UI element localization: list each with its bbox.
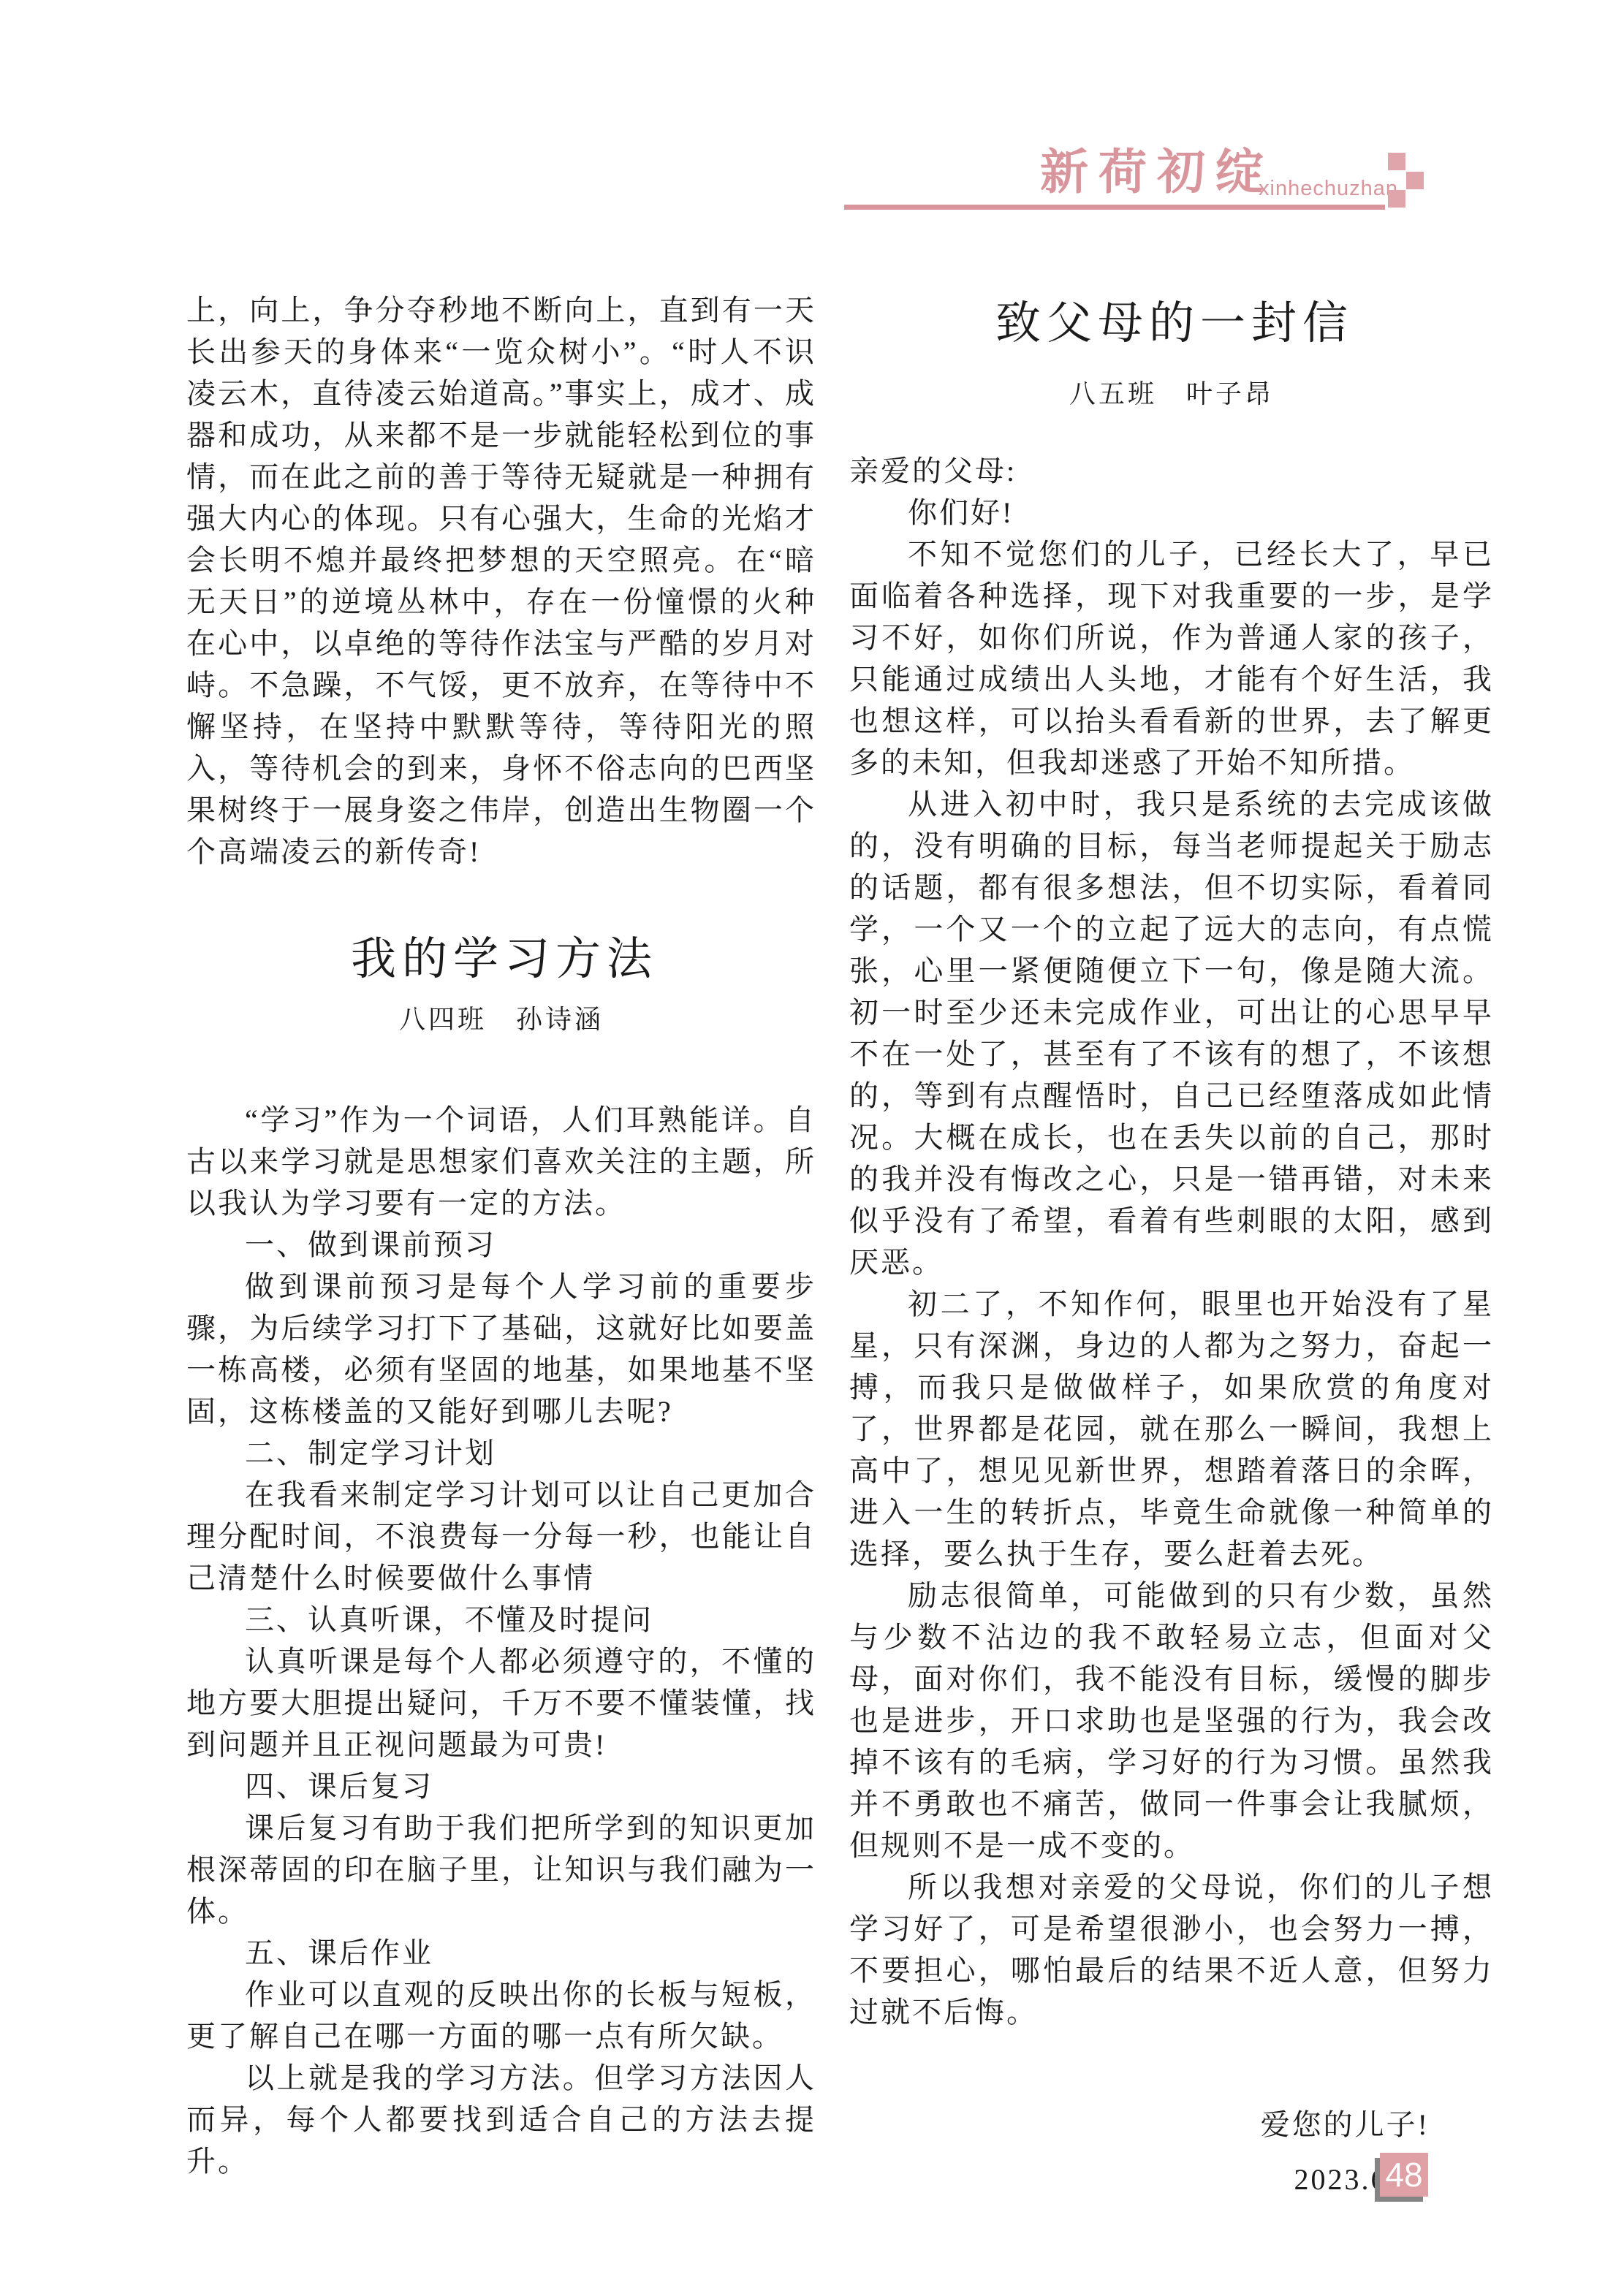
paragraph: 课后复习有助于我们把所学到的知识更加根深蒂固的印在脑子里，让知识与我们融为一体。: [186, 1807, 816, 1932]
letter-signoff: 爱您的儿子!: [849, 2097, 1430, 2152]
page-number-badge: 48: [1380, 2153, 1428, 2197]
article-author: 八四班 孙诗涵: [186, 1001, 816, 1038]
checker-decoration-icon: [1388, 153, 1424, 208]
paragraph: 从进入初中时，我只是系统的去完成该做的，没有明确的目标，每当老师提起关于励志的话…: [849, 783, 1494, 1283]
section-heading: 一、做到课前预习: [186, 1224, 816, 1266]
paragraph: 以上就是我的学习方法。但学习方法因人而异，每个人都要找到适合自己的方法去提升。: [186, 2057, 816, 2182]
paragraph: 认真听课是每个人都必须遵守的，不懂的地方要大胆提出疑问，千万不要不懂装懂，找到问…: [186, 1641, 816, 1765]
continuation-paragraph: 上，向上，争分夺秒地不断向上，直到有一天长出参天的身体来“一览众树小”。“时人不…: [186, 289, 816, 873]
paragraph: 做到课前预习是每个人学习前的重要步骤，为后续学习打下了基础，这就好比如要盖一栋高…: [186, 1266, 816, 1432]
header-rule: [844, 205, 1385, 210]
checker-square: [1388, 190, 1405, 208]
paragraph: 所以我想对亲爱的父母说，你们的儿子想学习好了，可是希望很渺小，也会努力一搏，不要…: [849, 1866, 1494, 2033]
article-title-letter-to-parents: 致父母的一封信: [849, 292, 1494, 355]
paragraph: 初二了，不知作何，眼里也开始没有了星星，只有深渊，身边的人都为之努力，奋起一搏，…: [849, 1283, 1494, 1575]
paragraph: 作业可以直观的反映出你的长板与短板，更了解自己在哪一方面的哪一点有所欠缺。: [186, 1974, 816, 2057]
article-author: 八五班 叶子昂: [849, 376, 1494, 412]
letter-date: 2023.6.11: [849, 2152, 1430, 2207]
left-column: 上，向上，争分夺秒地不断向上，直到有一天长出参天的身体来“一览众树小”。“时人不…: [186, 289, 816, 2182]
magazine-logo-pinyin: xinhechuzhan: [1259, 178, 1398, 199]
section-heading: 四、课后复习: [186, 1765, 816, 1807]
paragraph: 你们好!: [849, 492, 1494, 533]
paragraph: 不知不觉您们的儿子，已经长大了，早已面临着各种选择，现下对我重要的一步，是学习不…: [849, 533, 1494, 783]
magazine-page: 新荷初绽 xinhechuzhan 上，向上，争分夺秒地不断向上，直到有一天长出…: [0, 0, 1624, 2296]
section-heading: 二、制定学习计划: [186, 1432, 816, 1474]
section-heading: 三、认真听课，不懂及时提问: [186, 1599, 816, 1641]
right-column: 致父母的一封信 八五班 叶子昂 亲爱的父母: 你们好! 不知不觉您们的儿子，已经…: [849, 292, 1494, 2207]
paragraph: “学习”作为一个词语，人们耳熟能详。自古以来学习就是思想家们喜欢关注的主题，所以…: [186, 1099, 816, 1224]
article-title-study-methods: 我的学习方法: [186, 928, 816, 991]
magazine-logo: 新荷初绽: [1040, 149, 1274, 197]
checker-square: [1406, 172, 1424, 189]
checker-square: [1388, 153, 1405, 170]
paragraph: 励志很简单，可能做到的只有少数，虽然与少数不沾边的我不敢轻易立志，但面对父母，面…: [849, 1575, 1494, 1866]
section-heading: 五、课后作业: [186, 1932, 816, 1974]
letter-salutation: 亲爱的父母:: [849, 450, 1494, 492]
paragraph: 在我看来制定学习计划可以让自己更加合理分配时间，不浪费每一分每一秒，也能让自己清…: [186, 1474, 816, 1599]
